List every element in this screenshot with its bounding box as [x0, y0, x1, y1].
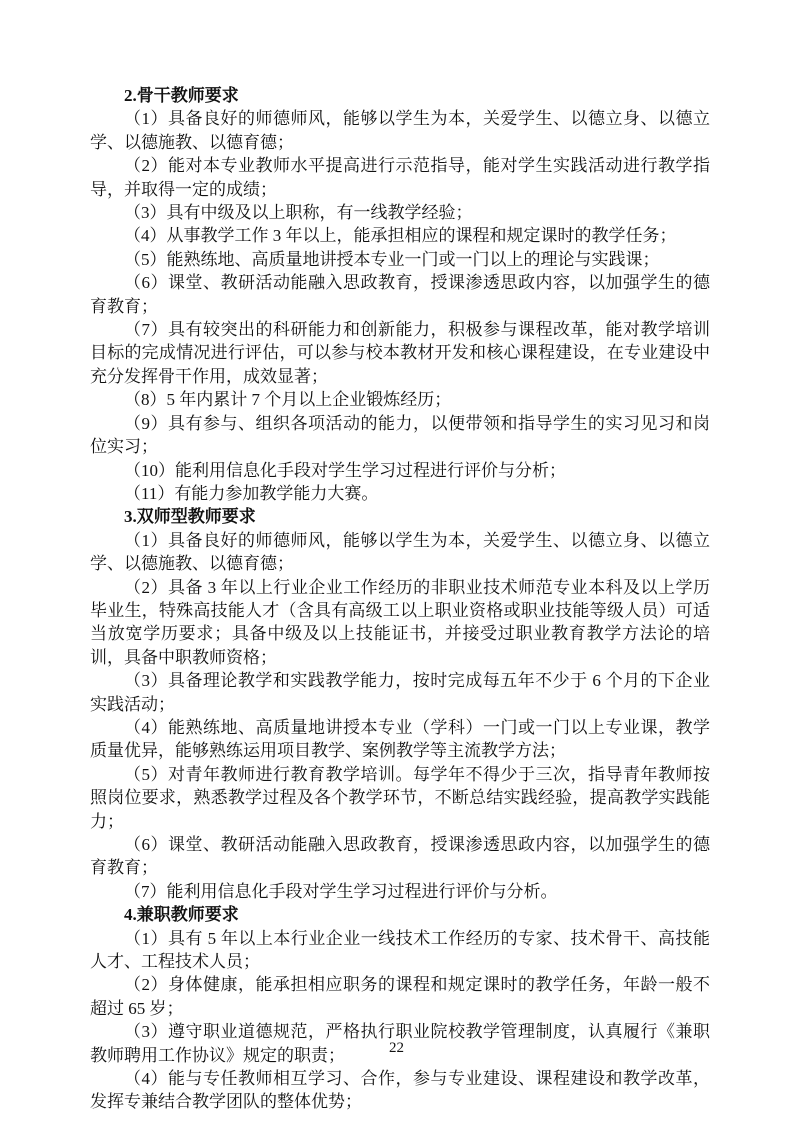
paragraph-backbone-item-10: （10）能利用信息化手段对学生学习过程进行评价与分析；	[90, 459, 710, 482]
paragraph-dual-item-4: （4）能熟练地、高质量地讲授本专业（学科）一门或一门以上专业课，教学质量优异，能…	[90, 716, 710, 763]
page-number: 22	[0, 1038, 793, 1058]
paragraph-dual-item-2: （2）具备 3 年以上行业企业工作经历的非职业技术师范专业本科及以上学历毕业生，…	[90, 576, 710, 670]
paragraph-parttime-item-4: （4）能与专任教师相互学习、合作，参与专业建设、课程建设和教学改革，发挥专兼结合…	[90, 1067, 710, 1114]
paragraph-backbone-item-11: （11）有能力参加教学能力大赛。	[90, 482, 710, 505]
paragraph-dual-item-6: （6）课堂、教研活动能融入思政教育，授课渗透思政内容，以加强学生的德育教育；	[90, 833, 710, 880]
section-heading-dual-qualified-teacher-requirements: 3.双师型教师要求	[90, 505, 710, 528]
document-page: 2.骨干教师要求 （1）具备良好的师德师风，能够以学生为本，关爱学生、以德立身、…	[0, 0, 793, 1122]
paragraph-dual-item-7: （7）能利用信息化手段对学生学习过程进行评价与分析。	[90, 880, 710, 903]
paragraph-dual-item-3: （3）具备理论教学和实践教学能力，按时完成每五年不少于 6 个月的下企业实践活动…	[90, 669, 710, 716]
paragraph-backbone-item-8: （8）5 年内累计 7 个月以上企业锻炼经历；	[90, 388, 710, 411]
paragraph-backbone-item-5: （5）能熟练地、高质量地讲授本专业一门或一门以上的理论与实践课；	[90, 248, 710, 271]
paragraph-backbone-item-3: （3）具有中级及以上职称，有一线教学经验；	[90, 201, 710, 224]
section-heading-parttime-teacher-requirements: 4.兼职教师要求	[90, 903, 710, 926]
section-heading-backbone-teacher-requirements: 2.骨干教师要求	[90, 84, 710, 107]
paragraph-backbone-item-7: （7）具有较突出的科研能力和创新能力，积极参与课程改革，能对教学培训目标的完成情…	[90, 318, 710, 388]
paragraph-backbone-item-1: （1）具备良好的师德师风，能够以学生为本，关爱学生、以德立身、以德立学、以德施教…	[90, 107, 710, 154]
paragraph-parttime-item-2: （2）身体健康，能承担相应职务的课程和规定课时的教学任务，年龄一般不超过 65 …	[90, 973, 710, 1020]
paragraph-backbone-item-2: （2）能对本专业教师水平提高进行示范指导，能对学生实践活动进行教学指导，并取得一…	[90, 154, 710, 201]
paragraph-dual-item-5: （5）对青年教师进行教育教学培训。每学年不得少于三次，指导青年教师按照岗位要求，…	[90, 763, 710, 833]
paragraph-parttime-item-1: （1）具有 5 年以上本行业企业一线技术工作经历的专家、技术骨干、高技能人才、工…	[90, 927, 710, 974]
paragraph-dual-item-1: （1）具备良好的师德师风，能够以学生为本，关爱学生、以德立身、以德立学、以德施教…	[90, 529, 710, 576]
document-body: 2.骨干教师要求 （1）具备良好的师德师风，能够以学生为本，关爱学生、以德立身、…	[90, 84, 710, 1114]
paragraph-backbone-item-6: （6）课堂、教研活动能融入思政教育，授课渗透思政内容，以加强学生的德育教育；	[90, 271, 710, 318]
paragraph-backbone-item-9: （9）具有参与、组织各项活动的能力，以便带领和指导学生的实习见习和岗位实习；	[90, 412, 710, 459]
paragraph-backbone-item-4: （4）从事教学工作 3 年以上，能承担相应的课程和规定课时的教学任务；	[90, 224, 710, 247]
